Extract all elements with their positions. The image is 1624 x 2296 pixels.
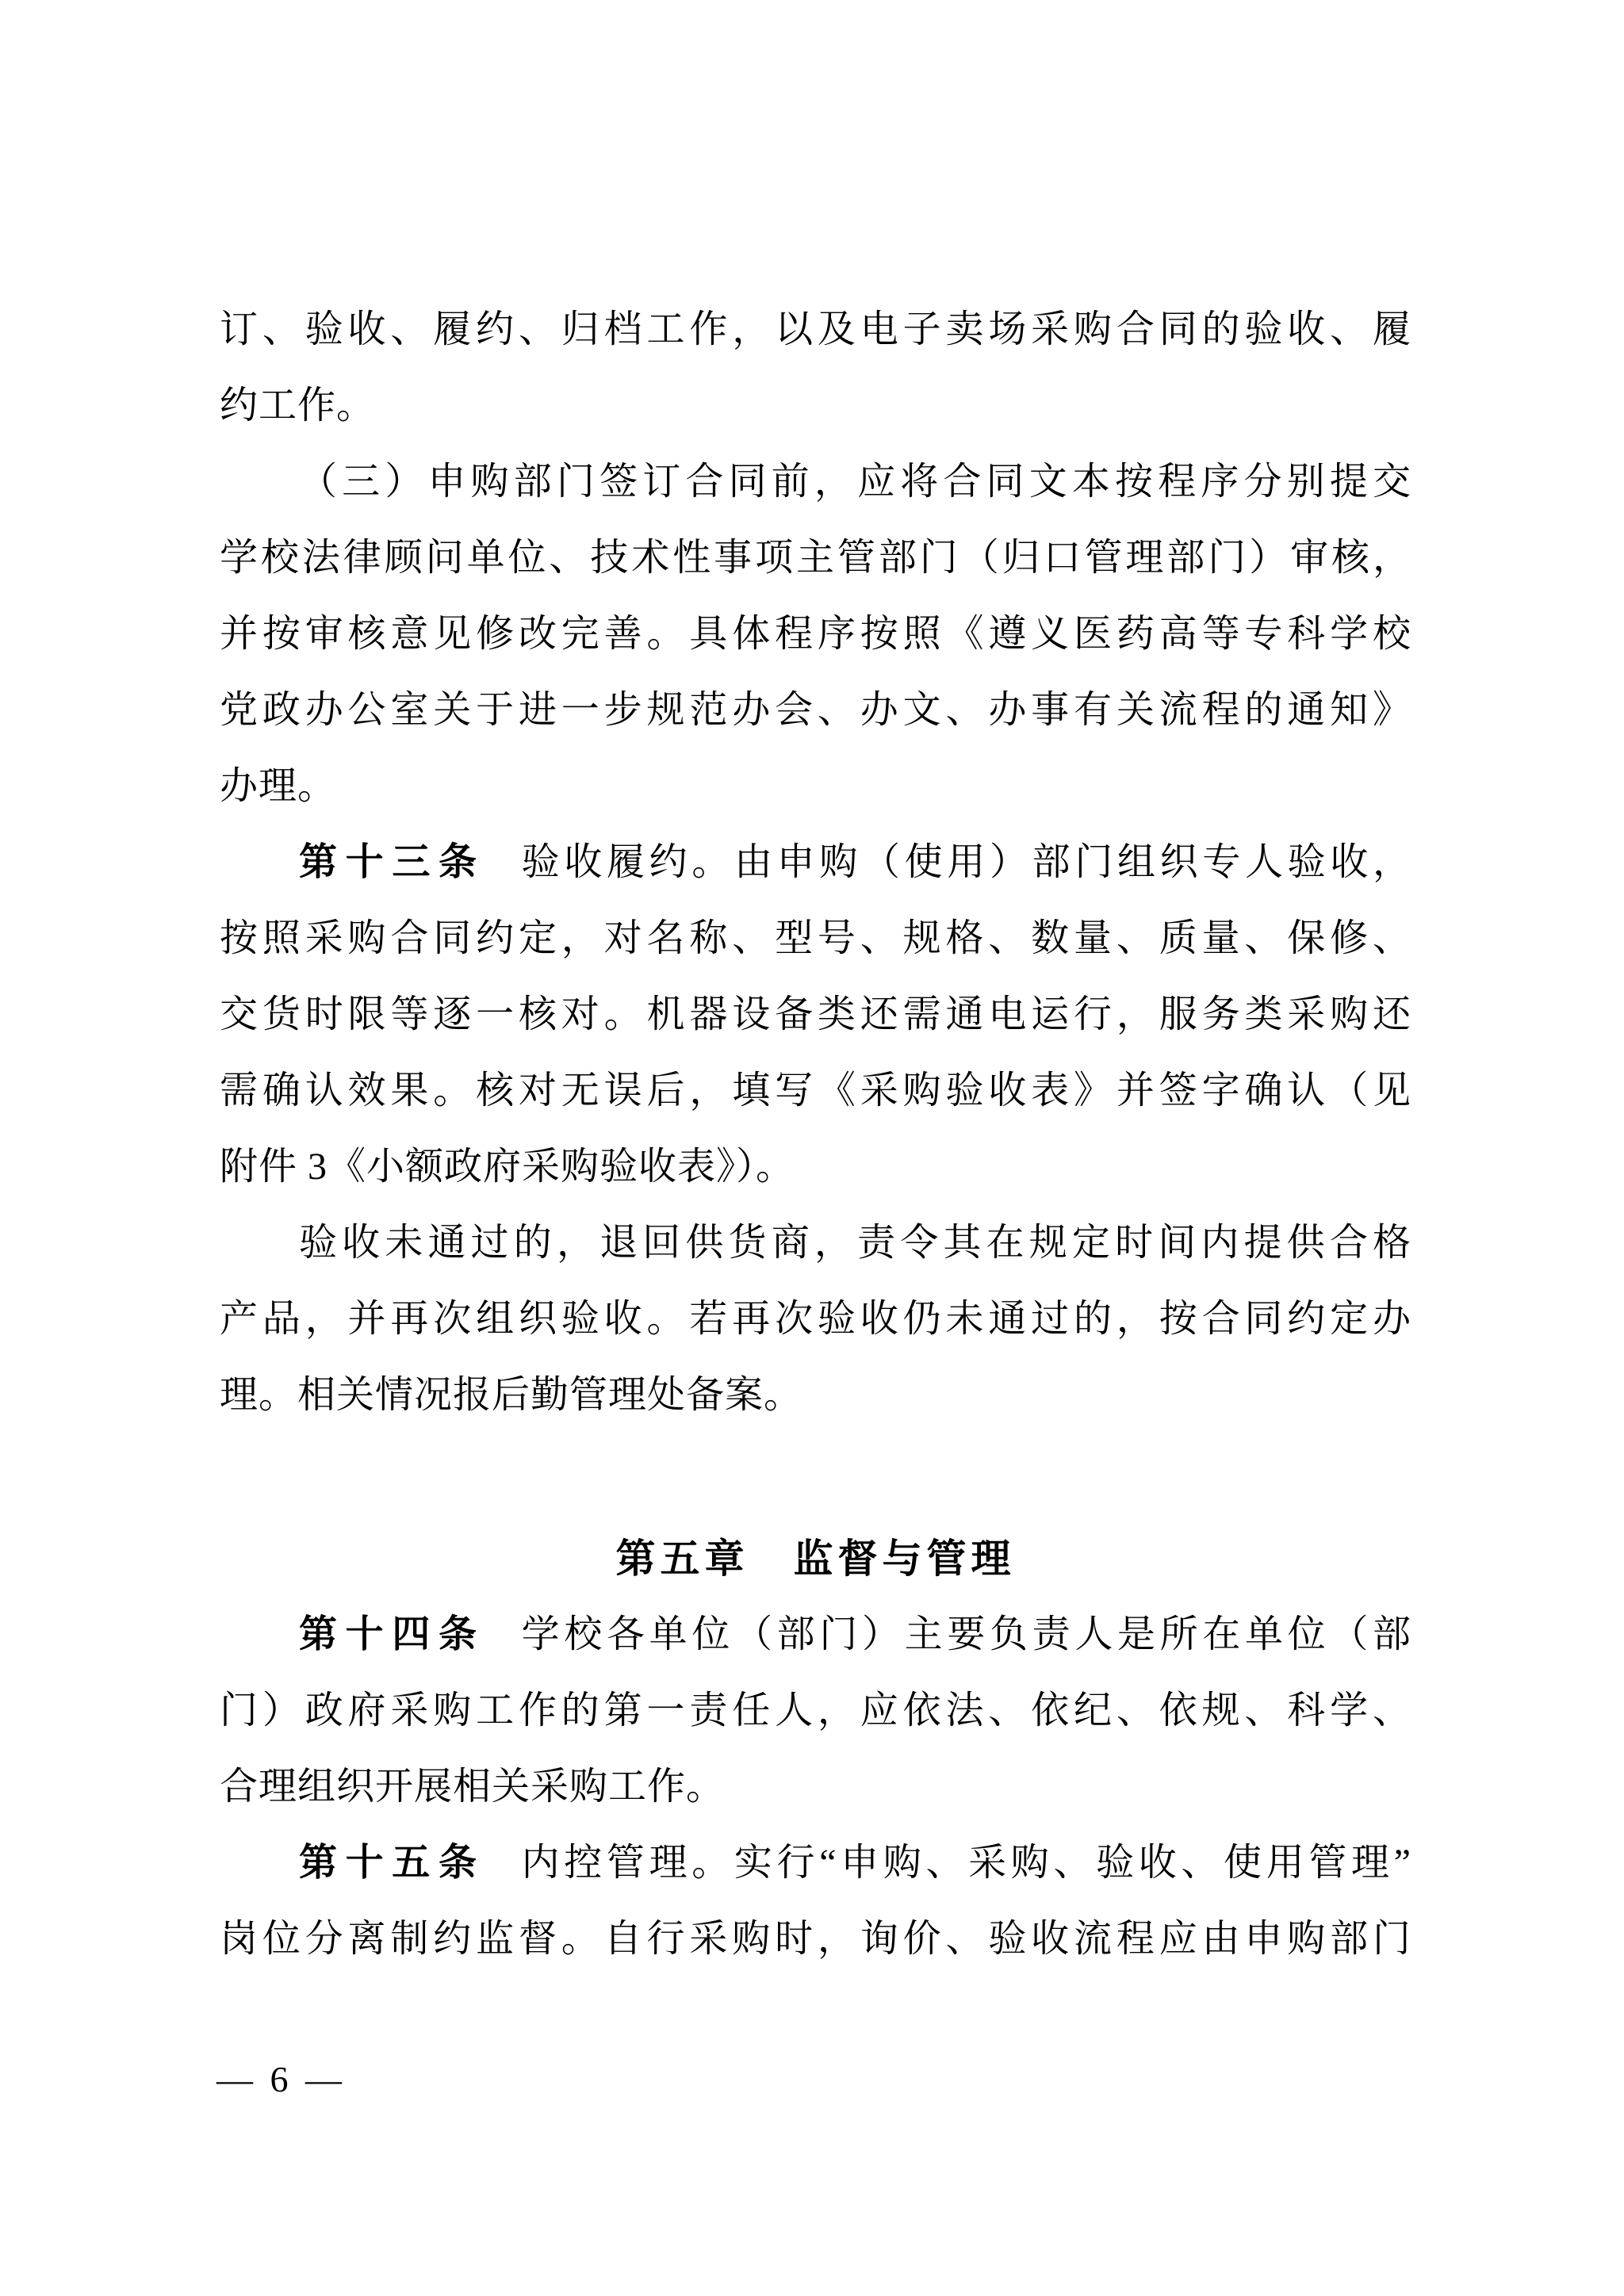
body-line: 门）政府采购工作的第一责任人，应依法、依纪、依规、科学、 (220, 1673, 1411, 1749)
body-line: 第十三条验收履约。由申购（使用）部门组织专人验收， (220, 825, 1411, 901)
body-line: 按照采购合同约定，对名称、型号、规格、数量、质量、保修、 (220, 901, 1411, 977)
document-page: 订、验收、履约、归档工作，以及电子卖场采购合同的验收、履 约工作。 （三）申购部… (0, 0, 1624, 2296)
body-line: 学校法律顾问单位、技术性事项主管部门（归口管理部门）审核， (220, 520, 1411, 596)
document-body: 订、验收、履约、归档工作，以及电子卖场采购合同的验收、履 约工作。 （三）申购部… (220, 292, 1411, 1977)
body-line: 岗位分离制约监督。自行采购时，询价、验收流程应由申购部门 (220, 1901, 1411, 1977)
article-number-label: 第十四条 (299, 1613, 485, 1655)
body-line: 交货时限等逐一核对。机器设备类还需通电运行，服务类采购还 (220, 977, 1411, 1053)
body-line-text: 内控管理。实行“申购、采购、验收、使用管理” (522, 1842, 1411, 1884)
chapter-heading: 第五章 监督与管理 (220, 1521, 1411, 1597)
body-line: 订、验收、履约、归档工作，以及电子卖场采购合同的验收、履 (220, 292, 1411, 368)
body-line: 约工作。 (220, 368, 1411, 444)
body-line-text: 验收履约。由申购（使用）部门组织专人验收， (522, 841, 1411, 883)
body-line: 办理。 (220, 748, 1411, 825)
body-line: 并按审核意见修改完善。具体程序按照《遵义医药高等专科学校 (220, 596, 1411, 672)
article-number-label: 第十五条 (299, 1842, 485, 1884)
body-line: 合理组织开展相关采购工作。 (220, 1749, 1411, 1825)
body-line-text: 学校各单位（部门）主要负责人是所在单位（部 (522, 1613, 1411, 1655)
body-line: 第十四条学校各单位（部门）主要负责人是所在单位（部 (220, 1597, 1411, 1673)
body-line: 附件 3《小额政府采购验收表》）。 (220, 1129, 1411, 1205)
body-line: （三）申购部门签订合同前，应将合同文本按程序分别提交 (220, 444, 1411, 520)
body-line: 需确认效果。核对无误后，填写《采购验收表》并签字确认（见 (220, 1053, 1411, 1129)
body-line: 验收未通过的，退回供货商，责令其在规定时间内提供合格 (220, 1205, 1411, 1281)
body-line: 产品，并再次组织验收。若再次验收仍未通过的，按合同约定办 (220, 1281, 1411, 1357)
page-number: — 6 — (216, 2060, 346, 2099)
body-line: 党政办公室关于进一步规范办会、办文、办事有关流程的通知》 (220, 672, 1411, 748)
body-line: 理。相关情况报后勤管理处备案。 (220, 1357, 1411, 1433)
body-line: 第十五条内控管理。实行“申购、采购、验收、使用管理” (220, 1825, 1411, 1901)
article-number-label: 第十三条 (299, 841, 485, 883)
